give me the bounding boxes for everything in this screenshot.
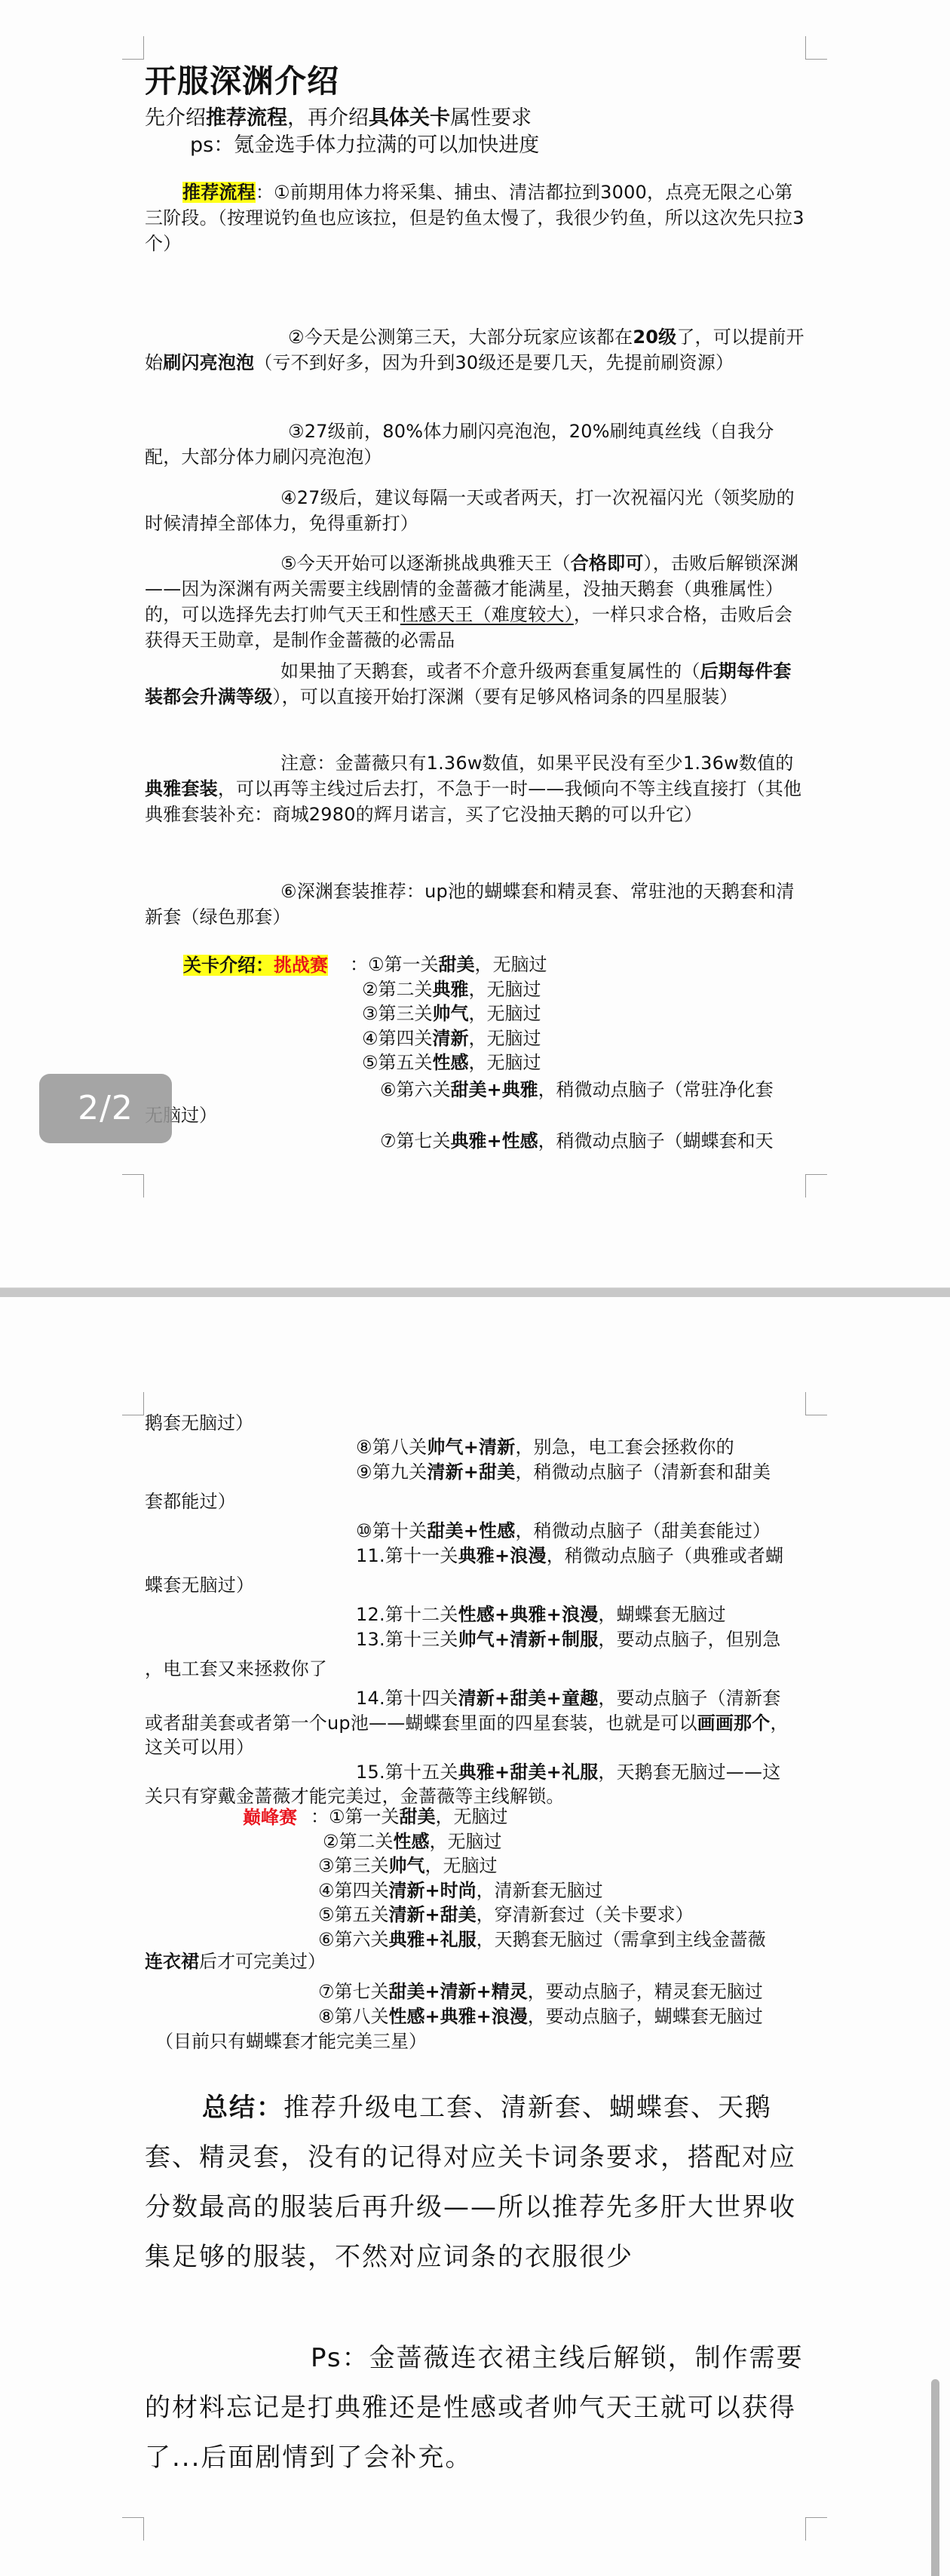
challenge-item: ⑧第八关帅气+清新，别急，电工套会拯救你的 <box>145 1435 805 1460</box>
challenge-item: ⑩第十关甜美+性感，稍微动点脑子（甜美套能过） <box>145 1519 805 1544</box>
page1-corner-mark-top-left <box>122 36 144 60</box>
level-attr: 典雅+礼服 <box>389 1929 477 1950</box>
level-prefix: ：①第一关 <box>311 1806 400 1827</box>
subtitle-bold-flow: 推荐流程 <box>206 106 287 130</box>
level-note: ，无脑过 <box>469 979 541 1000</box>
flow-step-2: ②今天是公测第三天，大部分玩家应该都在20级了，可以提前开始刷闪亮泡泡（亏不到好… <box>145 324 805 376</box>
flow-step-1: 推荐流程：①前期用体力将采集、捕虫、清洁都拉到3000，点亮无限之心第三阶段。（… <box>145 179 805 256</box>
challenge-item-7: ⑦第七关典雅+性感，稍微动点脑子（蝴蝶套和天 <box>380 1128 774 1154</box>
level-prefix: ⑩第十关 <box>356 1520 427 1541</box>
level-note: ，蝴蝶套无脑过 <box>598 1604 725 1625</box>
level-note: 或者甜美套或者第一个up池——蝴蝶套里面的四星套装，也就是可以 <box>145 1713 697 1734</box>
ps-line: ps：氪金选手体力拉满的可以加快进度 <box>190 133 539 158</box>
level-prefix: ⑥第六关 <box>380 1079 451 1100</box>
subtitle-text: 属性要求 <box>450 106 532 130</box>
flow-step-text: ③27级前，80%体力刷闪亮泡泡，20%刷纯真丝线（自我分配，大部分体力刷闪亮泡… <box>145 419 805 470</box>
page2-corner-mark-bottom-left <box>122 2517 144 2541</box>
flow-step-text: ），可以直接开始打深渊（要有足够风格词条的四星服装） <box>272 686 737 707</box>
level-prefix: ②第二关 <box>323 1831 394 1852</box>
challenge-item: 11.第十一关典雅+浪漫，稍微动点脑子（典雅或者蝴 <box>145 1544 805 1569</box>
level-attr: 帅气 <box>433 1003 469 1024</box>
peak-list-cont: ⑦第七关甜美+清新+精灵，要动点脑子，精灵套无脑过 ⑧第八关性感+典雅+浪漫，要… <box>318 1980 805 2029</box>
level-attr: 典雅+性感 <box>451 1130 538 1152</box>
level-prefix: ⑦第七关 <box>380 1130 451 1152</box>
level-attr: 清新 <box>433 1028 469 1049</box>
level-note: ，无脑过 <box>469 1028 541 1049</box>
level-attr: 甜美 <box>400 1806 436 1827</box>
challenge-item: 12.第十二关性感+典雅+浪漫，蝴蝶套无脑过 <box>145 1602 805 1627</box>
challenge-label: 挑战赛 <box>274 955 328 976</box>
level-prefix: ⑤第五关 <box>318 1904 389 1925</box>
level-attr: 清新+甜美+童趣 <box>458 1688 599 1709</box>
level-attr: 典雅+甜美+礼服 <box>458 1762 599 1783</box>
subtitle-line: 先介绍推荐流程，再介绍具体关卡属性要求 <box>145 106 532 131</box>
level-prefix: 11.第十一关 <box>356 1545 458 1566</box>
level-prefix: ③第三关 <box>362 1003 433 1024</box>
peak-label: 巅峰赛 <box>243 1805 297 1830</box>
flow-step-text: ⑥深渊套装推荐：up池的蝴蝶套和精灵套、常驻池的天鹅套和清新套（绿色那套） <box>145 879 805 930</box>
challenge-item: ④第四关清新，无脑过 <box>350 1026 547 1051</box>
challenge-item-7-cont: 鹅套无脑过） <box>145 1410 253 1436</box>
level-attr: 画画那个 <box>697 1713 771 1734</box>
level-note: ，无脑过 <box>469 1052 541 1073</box>
flow-step-text: ④27级后，建议每隔一天或者两天，打一次祝福闪光（领奖励的时候清掉全部体力，免得… <box>145 485 805 536</box>
scrollbar-thumb[interactable] <box>931 2379 939 2576</box>
peak-item: ③第三关帅气，无脑过 <box>311 1854 805 1878</box>
level-prefix: ⑧第八关 <box>318 2006 389 2027</box>
level-attr: 甜美+性感 <box>427 1520 515 1541</box>
summary-ps: Ps：金蔷薇连衣裙主线后解锁，制作需要的材料忘记是打典雅还是性感或者帅气天王就可… <box>145 2333 805 2482</box>
page1-corner-mark-bottom-right <box>805 1174 827 1198</box>
challenge-item: ⑨第九关清新+甜美，稍微动点脑子（清新套和甜美 <box>145 1460 805 1485</box>
flow-step-text: ⑤今天开始可以逐渐挑战典雅天王（ <box>280 553 571 574</box>
level-attr: 帅气+清新+制服 <box>458 1629 599 1650</box>
level-prefix: ⑧第八关 <box>356 1437 427 1458</box>
level-prefix: 14.第十四关 <box>356 1688 458 1709</box>
subtitle-bold-levels: 具体关卡 <box>369 106 450 130</box>
level-prefix: 13.第十三关 <box>356 1629 458 1650</box>
level-attr: 典雅 <box>433 979 469 1000</box>
level-attr: 典雅+浪漫 <box>458 1545 547 1566</box>
peak-item: ⑤第五关清新+甜美，穿清新套过（关卡要求） <box>311 1903 805 1927</box>
page2-corner-mark-top-left <box>122 1392 144 1415</box>
level-prefix: ⑦第七关 <box>318 1981 389 2002</box>
peak-item: ⑦第七关甜美+清新+精灵，要动点脑子，精灵套无脑过 <box>318 1980 805 2004</box>
level-prefix: ③第三关 <box>318 1855 389 1876</box>
challenge-item: 14.第十四关清新+甜美+童趣，要动点脑子（清新套 <box>145 1686 805 1711</box>
summary-paragraph: 总结：推荐升级电工套、清新套、蝴蝶套、天鹅套、精灵套，没有的记得对应关卡词条要求… <box>145 2083 805 2282</box>
peak-list: ：①第一关甜美，无脑过 ②第二关性感，无脑过 ③第三关帅气，无脑过 ④第四关清新… <box>311 1805 805 1952</box>
flow-step-text: ②今天是公测第三天，大部分玩家应该都在 <box>288 327 633 348</box>
challenge-item-6: ⑥第六关甜美+典雅，稍微动点脑子（常驻净化套 <box>380 1077 774 1102</box>
level-note: ，天鹅套无脑过（需拿到主线金蔷薇 <box>477 1929 766 1950</box>
level-attr: 性感 <box>394 1831 430 1852</box>
challenge-item: ：①第一关甜美，无脑过 <box>350 952 547 977</box>
flow-bold: 20级 <box>633 327 676 348</box>
level-note: ，稍微动点脑子（常驻净化套 <box>538 1079 774 1100</box>
warning-note: 注意：金蔷薇只有1.36w数值，如果平民没有至少1.36w数值的典雅套装，可以再… <box>145 750 805 827</box>
level-attr: 性感 <box>433 1052 469 1073</box>
page2-corner-mark-bottom-right <box>805 2517 827 2541</box>
level-prefix: ⑨第九关 <box>356 1461 427 1483</box>
flow-step-4: ④27级后，建议每隔一天或者两天，打一次祝福闪光（领奖励的时候清掉全部体力，免得… <box>145 485 805 536</box>
level-note: ，要动点脑子，蝴蝶套无脑过 <box>528 2006 763 2027</box>
challenge-list-page1: ：①第一关甜美，无脑过 ②第二关典雅，无脑过 ③第三关帅气，无脑过 ④第四关清新… <box>350 952 547 1075</box>
challenge-item-cont: 蝶套无脑过） <box>145 1568 805 1602</box>
level-note: ，穿清新套过（关卡要求） <box>477 1904 694 1925</box>
challenge-list-page2: ⑧第八关帅气+清新，别急，电工套会拯救你的 ⑨第九关清新+甜美，稍微动点脑子（清… <box>145 1435 805 1809</box>
peak-item-8-cont: （目前只有蝴蝶套才能完美三星） <box>155 2029 427 2054</box>
flow-bold: 典雅套装 <box>145 778 218 799</box>
level-note: ，清新套无脑过 <box>477 1880 603 1901</box>
peak-item: ④第四关清新+时尚，清新套无脑过 <box>311 1878 805 1903</box>
flow-bold: 合格即可 <box>571 553 644 574</box>
challenge-item-cont: ，电工套又来拯救你了 <box>145 1651 805 1686</box>
peak-item-6-cont: 连衣裙后才可完美过） <box>145 1949 326 1974</box>
level-prefix: ：①第一关 <box>350 954 439 975</box>
level-prefix: ⑤第五关 <box>362 1052 433 1073</box>
level-note: ，要动点脑子，但别急 <box>598 1629 780 1650</box>
level-attr: 性感+典雅+浪漫 <box>458 1604 599 1625</box>
challenge-item: ③第三关帅气，无脑过 <box>350 1001 547 1026</box>
level-prefix: ②第二关 <box>362 979 433 1000</box>
flow-step-text: 注意：金蔷薇只有1.36w数值，如果平民没有至少1.36w数值的 <box>280 753 794 774</box>
peak-label-text: 巅峰赛 <box>243 1807 297 1828</box>
level-note: ，别急，电工套会拯救你的 <box>515 1437 734 1458</box>
flow-step-text: 如果抽了天鹅套，或者不介意升级两套重复属性的（ <box>280 661 700 682</box>
peak-item: ②第二关性感，无脑过 <box>311 1829 805 1854</box>
challenge-item: 15.第十五关典雅+甜美+礼服，天鹅套无脑过——这 <box>145 1760 805 1785</box>
level-note: ，稍微动点脑子（清新套和甜美 <box>515 1461 771 1483</box>
flow-step-6: ⑥深渊套装推荐：up池的蝴蝶套和精灵套、常驻池的天鹅套和清新套（绿色那套） <box>145 879 805 930</box>
summary-label: 总结： <box>202 2093 283 2123</box>
page1-corner-mark-top-right <box>805 36 827 60</box>
flow-label-highlight: 推荐流程 <box>182 182 256 203</box>
level-note: ，稍微动点脑子（蝴蝶套和天 <box>538 1130 774 1152</box>
challenge-item-cont: 套都能过） <box>145 1484 805 1519</box>
level-attr: 性感+典雅+浪漫 <box>389 2006 528 2027</box>
peak-item: ：①第一关甜美，无脑过 <box>311 1805 805 1829</box>
page2-corner-mark-top-right <box>805 1392 827 1415</box>
level-attr: 甜美+典雅 <box>451 1079 538 1100</box>
level-attr: 帅气 <box>389 1855 425 1876</box>
levels-intro-label: 关卡介绍： <box>183 955 274 976</box>
level-attr: 清新+时尚 <box>389 1880 477 1901</box>
level-note: ，稍微动点脑子（甜美套能过） <box>515 1520 771 1541</box>
challenge-item: 13.第十三关帅气+清新+制服，要动点脑子，但别急 <box>145 1627 805 1652</box>
underlined-text: 性感天王（难度较大） <box>400 604 574 625</box>
level-note: ，无脑过 <box>469 1003 541 1024</box>
level-attr: 清新+甜美 <box>427 1461 515 1483</box>
challenge-item: ⑤第五关性感，无脑过 <box>350 1050 547 1075</box>
level-note: 后才可完美过） <box>199 1951 326 1972</box>
peak-item: ⑧第八关性感+典雅+浪漫，要动点脑子，蝴蝶套无脑过 <box>318 2004 805 2029</box>
level-note: ，无脑过 <box>425 1855 498 1876</box>
level-prefix: ⑥第六关 <box>318 1929 389 1950</box>
flow-step-text: （亏不到好多，因为升到30级还是要几天，先提前刷资源） <box>254 352 734 373</box>
page1-corner-mark-bottom-left <box>122 1174 144 1198</box>
flow-step-5: ⑤今天开始可以逐渐挑战典雅天王（合格即可），击败后解锁深渊——因为深渊有两关需要… <box>145 550 805 653</box>
level-attr: 连衣裙 <box>145 1951 199 1972</box>
level-attr: 甜美 <box>439 954 475 975</box>
level-note: ，要动点脑子（清新套 <box>598 1688 780 1709</box>
level-attr: 甜美+清新+精灵 <box>389 1981 528 2002</box>
swan-note: 如果抽了天鹅套，或者不介意升级两套重复属性的（后期每件套装都会升满等级），可以直… <box>145 658 805 710</box>
level-prefix: ④第四关 <box>318 1880 389 1901</box>
peak-item: ⑥第六关典雅+礼服，天鹅套无脑过（需拿到主线金蔷薇 <box>311 1927 805 1952</box>
level-note: ，稍微动点脑子（典雅或者蝴 <box>547 1545 784 1566</box>
challenge-item: ②第二关典雅，无脑过 <box>350 977 547 1002</box>
flow-bold: 刷闪亮泡泡 <box>163 352 254 373</box>
level-note: ，无脑过 <box>475 954 547 975</box>
level-note: ，无脑过 <box>430 1831 502 1852</box>
flow-step-text: ，可以再等主线过后去打，不急于一时——我倾向不等主线直接打（其他典雅套装补充：商… <box>145 778 801 825</box>
levels-intro-label-row: 关卡介绍：挑战赛 <box>183 952 328 978</box>
level-note: ，天鹅套无脑过——这 <box>598 1762 780 1783</box>
level-prefix: ④第四关 <box>362 1028 433 1049</box>
level-attr: 帅气+清新 <box>427 1437 515 1458</box>
subtitle-text: 先介绍 <box>145 106 206 130</box>
level-prefix: 12.第十二关 <box>356 1604 458 1625</box>
level-note: ，要动点脑子，精灵套无脑过 <box>528 1981 763 2002</box>
level-attr: 清新+甜美 <box>389 1904 477 1925</box>
page-indicator: 2/2 <box>39 1074 172 1143</box>
subtitle-text: ，再介绍 <box>287 106 369 130</box>
summary-ps-text: Ps：金蔷薇连衣裙主线后解锁，制作需要的材料忘记是打典雅还是性感或者帅气天王就可… <box>145 2333 805 2482</box>
level-note: ，无脑过 <box>436 1806 508 1827</box>
flow-step-3: ③27级前，80%体力刷闪亮泡泡，20%刷纯真丝线（自我分配，大部分体力刷闪亮泡… <box>145 419 805 470</box>
challenge-item-cont: 或者甜美套或者第一个up池——蝴蝶套里面的四星套装，也就是可以画画那个，这关可以… <box>145 1711 805 1760</box>
page-separator <box>0 1287 950 1297</box>
level-prefix: 15.第十五关 <box>356 1762 458 1783</box>
document-title: 开服深渊介绍 <box>145 62 339 101</box>
